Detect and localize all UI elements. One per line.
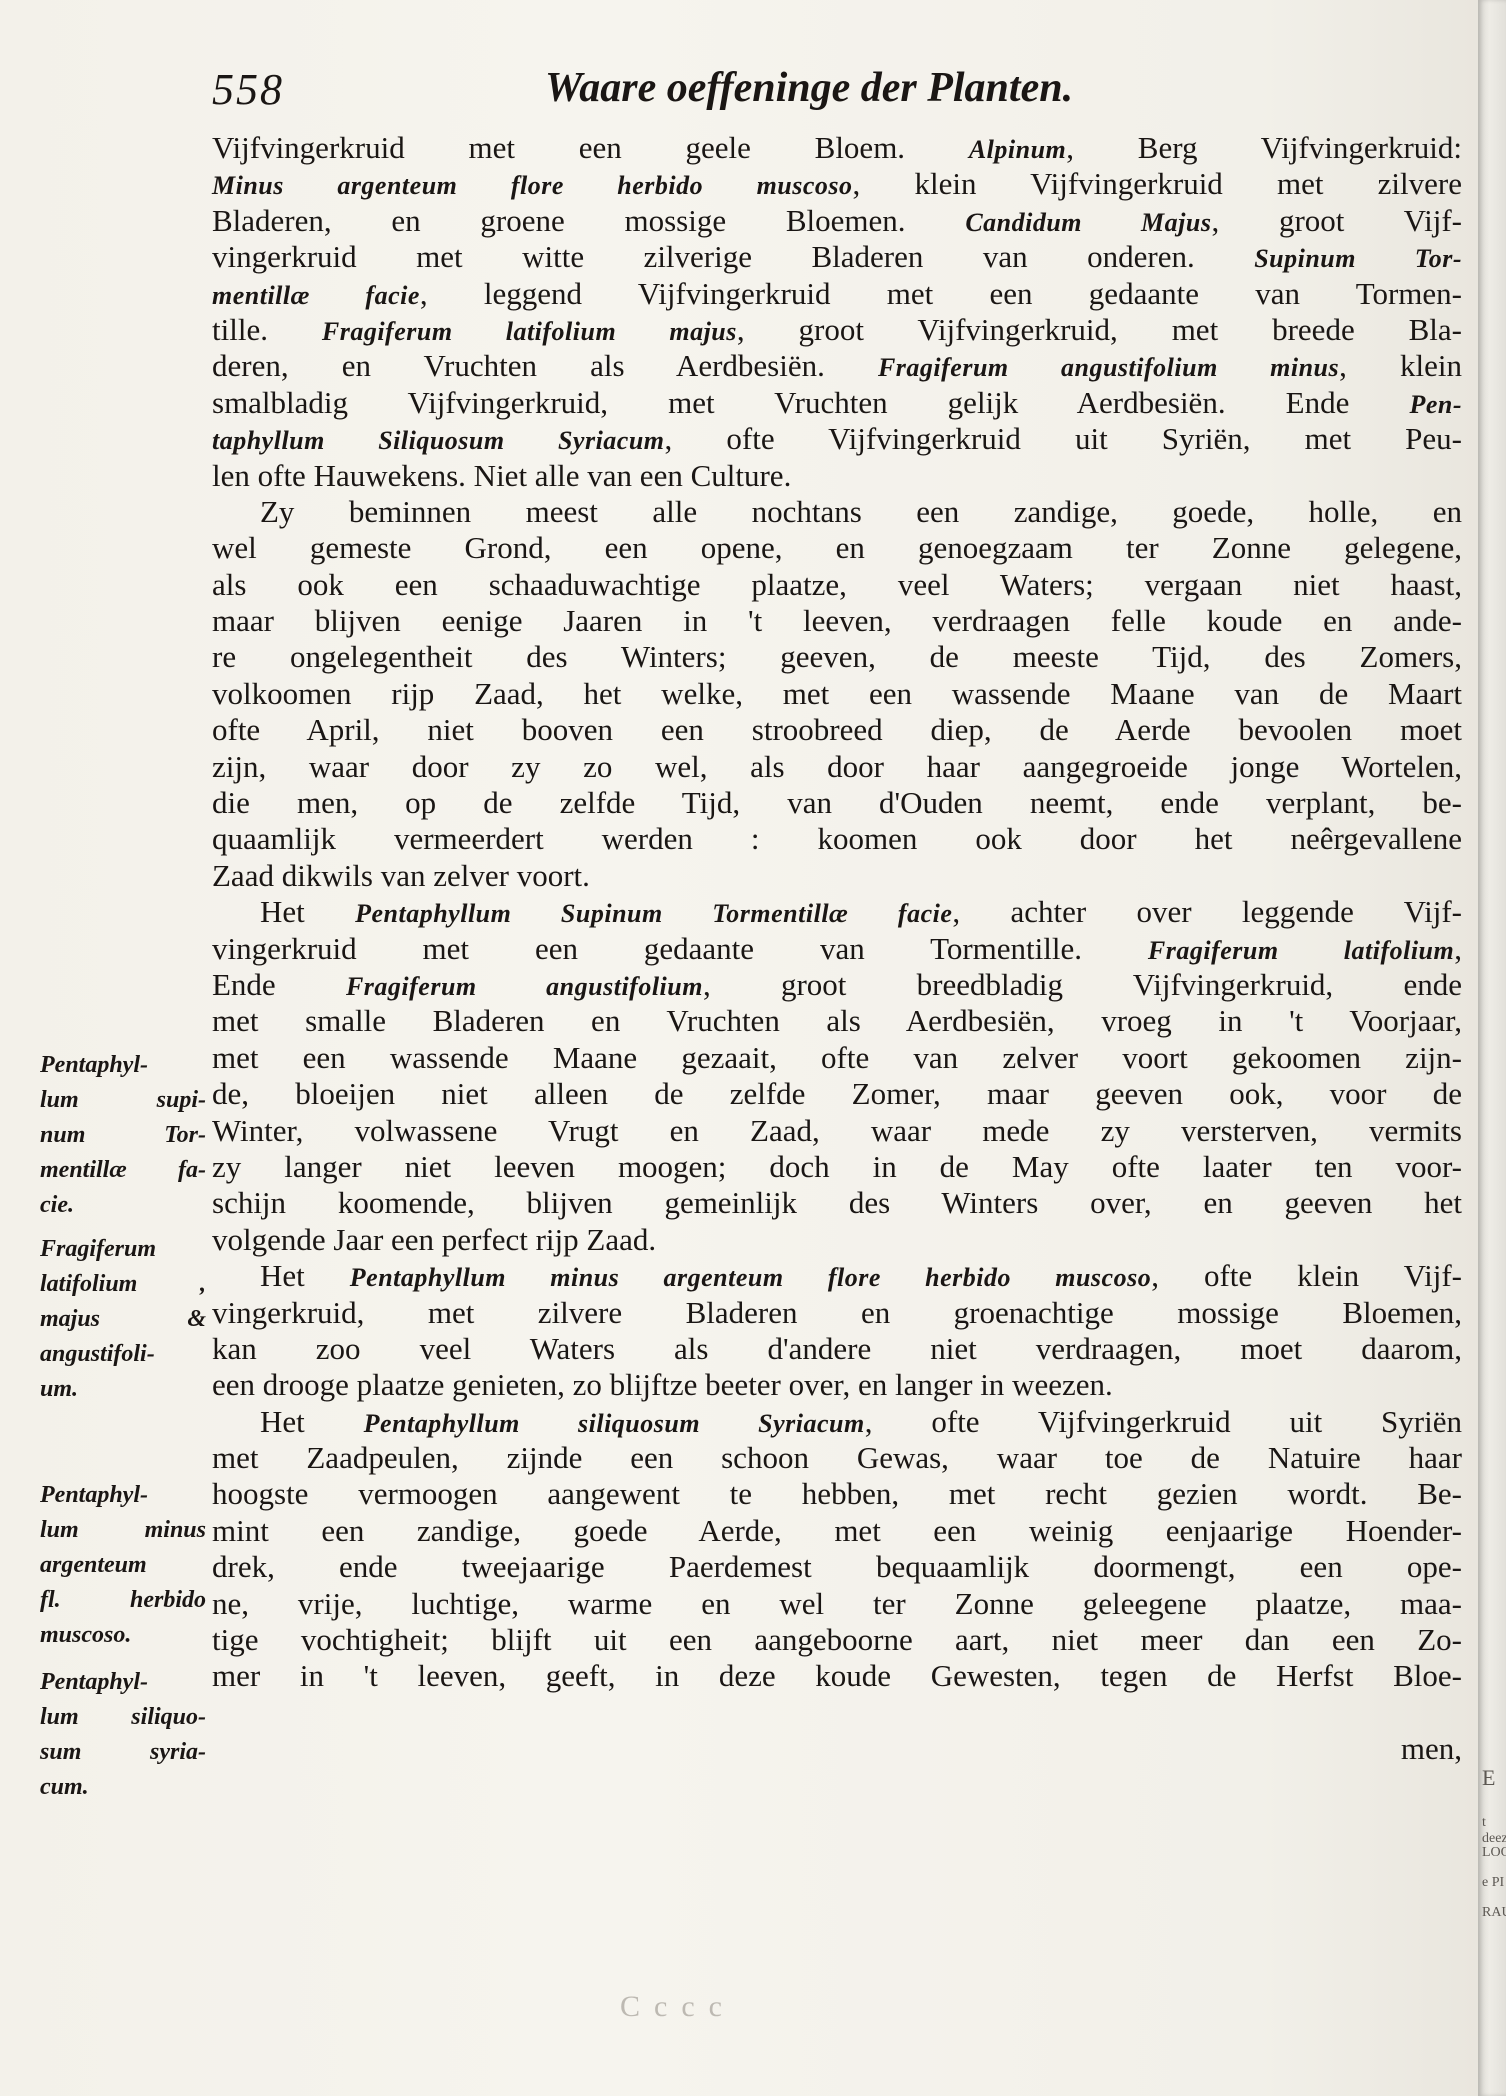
margin-note-line: angustifoli- xyxy=(40,1337,206,1372)
text-run: Het xyxy=(260,894,355,929)
text-line: Winter, volwassene Vrugt en Zaad, waar m… xyxy=(212,1113,1462,1149)
margin-note-line: lum minus xyxy=(40,1513,206,1548)
latin-plant-name: mentillæ facie xyxy=(212,281,420,310)
text-run: Vijfvingerkruid met een geele Bloem. xyxy=(212,130,969,165)
margin-note-line: muscoso. xyxy=(40,1618,206,1653)
latin-plant-name: Pentaphyllum Supinum Tormentillæ facie xyxy=(355,899,952,928)
bleed-through-signature: Cccc xyxy=(620,1990,736,2024)
text-run: Het xyxy=(260,1258,350,1293)
text-run: maar blijven eenige Jaaren in 't leeven,… xyxy=(212,603,1462,638)
text-line: Het Pentaphyllum Supinum Tormentillæ fac… xyxy=(212,894,1462,930)
catchword: men, xyxy=(212,1731,1462,1767)
text-line: die men, op de zelfde Tijd, van d'Ouden … xyxy=(212,785,1462,821)
text-line: met een wassende Maane gezaait, ofte van… xyxy=(212,1040,1462,1076)
page-number: 558 xyxy=(212,64,284,115)
text-run: tige vochtigheit; blijft uit een aangebo… xyxy=(212,1622,1462,1657)
text-run: kan zoo veel Waters als d'andere niet ve… xyxy=(212,1331,1462,1366)
margin-note-line: lum supi- xyxy=(40,1083,206,1118)
adjacent-page-fragment: LOOK xyxy=(1482,1845,1506,1861)
adjacent-page-fragment: E xyxy=(1482,1765,1495,1791)
text-run: deren, en Vruchten als Aerdbesiën. xyxy=(212,348,878,383)
text-run: smalbladig Vijfvingerkruid, met Vruchten… xyxy=(212,385,1409,420)
text-run: volgende Jaar een perfect rijp Zaad. xyxy=(212,1222,656,1257)
text-line: wel gemeste Grond, een opene, en genoegz… xyxy=(212,530,1462,566)
text-line: drek, ende tweejaarige Paerdemest bequaa… xyxy=(212,1549,1462,1585)
text-line: zy langer niet leeven moogen; doch in de… xyxy=(212,1149,1462,1185)
text-run: Winter, volwassene Vrugt en Zaad, waar m… xyxy=(212,1113,1462,1148)
latin-plant-name: Fragiferum angustifolium minus xyxy=(878,353,1339,382)
latin-plant-name: Fragiferum latifolium majus xyxy=(322,317,737,346)
margin-note-line: num Tor- xyxy=(40,1118,206,1153)
latin-plant-name: Supinum Tor- xyxy=(1254,244,1462,273)
text-run: mer in 't leeven, geeft, in deze koude G… xyxy=(212,1658,1462,1693)
text-run: Zy beminnen meest alle nochtans een zand… xyxy=(260,494,1462,529)
margin-note-line: Pentaphyl- xyxy=(40,1048,206,1083)
text-line: hoogste vermoogen aangewent te hebben, m… xyxy=(212,1476,1462,1512)
adjacent-page-fragment: t deez xyxy=(1482,1815,1506,1847)
text-run: , ofte Vijfvingerkruid uit Syriën xyxy=(865,1404,1462,1439)
text-run: schijn koomende, blijven gemeinlijk des … xyxy=(212,1185,1462,1220)
text-line: de, bloeijen niet alleen de zelfde Zomer… xyxy=(212,1076,1462,1112)
margin-note: Pentaphyl-lum siliquo-sum syria-cum. xyxy=(40,1665,206,1805)
text-run: met smalle Bladeren en Vruchten als Aerd… xyxy=(212,1003,1462,1038)
text-run: , Berg Vijfvingerkruid: xyxy=(1066,130,1462,165)
text-run: zy langer niet leeven moogen; doch in de… xyxy=(212,1149,1462,1184)
text-run: , klein Vijfvingerkruid met zilvere xyxy=(853,166,1462,201)
text-run: , groot breedbladig Vijfvingerkruid, end… xyxy=(703,967,1462,1002)
margin-note: Fragiferumlatifolium ,majus &angustifoli… xyxy=(40,1232,206,1407)
text-run: tille. xyxy=(212,312,322,347)
text-run: , leggend Vijfvingerkruid met een gedaan… xyxy=(420,276,1462,311)
text-line: mint een zandige, goede Aerde, met een w… xyxy=(212,1513,1462,1549)
text-run: Ende xyxy=(212,967,346,1002)
text-run: een drooge plaatze genieten, zo blijftze… xyxy=(212,1367,1113,1402)
margin-note-line: majus & xyxy=(40,1302,206,1337)
text-run: re ongelegentheit des Winters; geeven, d… xyxy=(212,639,1462,674)
text-line: ofte April, niet booven een stroobreed d… xyxy=(212,712,1462,748)
text-run: de, bloeijen niet alleen de zelfde Zomer… xyxy=(212,1076,1462,1111)
text-run: hoogste vermoogen aangewent te hebben, m… xyxy=(212,1476,1462,1511)
text-run: met Zaadpeulen, zijnde een schoon Gewas,… xyxy=(212,1440,1462,1475)
main-text-block: Vijfvingerkruid met een geele Bloem. Alp… xyxy=(212,130,1462,1767)
text-run: len ofte Hauwekens. Niet alle van een Cu… xyxy=(212,458,791,493)
latin-plant-name: Pentaphyllum minus argenteum flore herbi… xyxy=(350,1263,1151,1292)
latin-plant-name: Candidum Majus xyxy=(965,208,1211,237)
text-run: Zaad dikwils van zelver voort. xyxy=(212,858,590,893)
text-run: , ofte Vijfvingerkruid uit Syriën, met P… xyxy=(665,421,1462,456)
latin-plant-name: Minus argenteum flore herbido muscoso xyxy=(212,171,853,200)
text-line: len ofte Hauwekens. Niet alle van een Cu… xyxy=(212,458,1462,494)
text-run: volkoomen rijp Zaad, het welke, met een … xyxy=(212,676,1462,711)
text-run: die men, op de zelfde Tijd, van d'Ouden … xyxy=(212,785,1462,820)
page-header: 558 Waare oeffeninge der Planten. xyxy=(212,64,1472,124)
text-run: quaamlijk vermeerdert werden : koomen oo… xyxy=(212,821,1462,856)
text-run: mint een zandige, goede Aerde, met een w… xyxy=(212,1513,1462,1548)
text-run: , groot Vijf- xyxy=(1211,203,1462,238)
text-line: ne, vrije, luchtige, warme en wel ter Zo… xyxy=(212,1586,1462,1622)
text-run: ofte April, niet booven een stroobreed d… xyxy=(212,712,1462,747)
text-run: als ook een schaaduwachtige plaatze, vee… xyxy=(212,567,1462,602)
text-run: , ofte klein Vijf- xyxy=(1151,1258,1462,1293)
latin-plant-name: Alpinum xyxy=(969,135,1066,164)
text-run: , klein xyxy=(1339,348,1462,383)
text-line: vingerkruid met witte zilverige Bladeren… xyxy=(212,239,1462,275)
text-line: volkoomen rijp Zaad, het welke, met een … xyxy=(212,676,1462,712)
text-line: maar blijven eenige Jaaren in 't leeven,… xyxy=(212,603,1462,639)
text-line: met smalle Bladeren en Vruchten als Aerd… xyxy=(212,1003,1462,1039)
text-run: vingerkruid met een gedaante van Torment… xyxy=(212,931,1148,966)
latin-plant-name: taphyllum Siliquosum Syriacum xyxy=(212,426,665,455)
text-run: , groot Vijfvingerkruid, met breede Bla- xyxy=(737,312,1462,347)
text-line: re ongelegentheit des Winters; geeven, d… xyxy=(212,639,1462,675)
adjacent-page-fragment: RAUT xyxy=(1482,1905,1506,1921)
text-run: met een wassende Maane gezaait, ofte van… xyxy=(212,1040,1462,1075)
margin-note: Pentaphyl-lum supi-num Tor-mentillæ fa-c… xyxy=(40,1048,206,1223)
text-line: Vijfvingerkruid met een geele Bloem. Alp… xyxy=(212,130,1462,166)
text-line: Zy beminnen meest alle nochtans een zand… xyxy=(212,494,1462,530)
margin-note-line: lum siliquo- xyxy=(40,1700,206,1735)
text-run: ne, vrije, luchtige, warme en wel ter Zo… xyxy=(212,1586,1462,1621)
margin-note-line: cie. xyxy=(40,1188,206,1223)
text-line: mentillæ facie, leggend Vijfvingerkruid … xyxy=(212,276,1462,312)
latin-plant-name: Fragiferum latifolium xyxy=(1148,936,1454,965)
text-line: Het Pentaphyllum siliquosum Syriacum, of… xyxy=(212,1404,1462,1440)
text-line: vingerkruid, met zilvere Bladeren en gro… xyxy=(212,1295,1462,1331)
text-line: schijn koomende, blijven gemeinlijk des … xyxy=(212,1185,1462,1221)
latin-plant-name: Pen- xyxy=(1409,390,1462,419)
text-line: mer in 't leeven, geeft, in deze koude G… xyxy=(212,1658,1462,1694)
margin-note-line: argenteum xyxy=(40,1548,206,1583)
text-run: Het xyxy=(260,1404,364,1439)
running-title: Waare oeffeninge der Planten. xyxy=(545,64,1073,112)
text-line: met Zaadpeulen, zijnde een schoon Gewas,… xyxy=(212,1440,1462,1476)
text-run: wel gemeste Grond, een opene, en genoegz… xyxy=(212,530,1462,565)
text-run: vingerkruid, met zilvere Bladeren en gro… xyxy=(212,1295,1462,1330)
margin-note-line: mentillæ fa- xyxy=(40,1153,206,1188)
latin-plant-name: Fragiferum angustifolium xyxy=(346,972,703,1001)
text-line: een drooge plaatze genieten, zo blijftze… xyxy=(212,1367,1462,1403)
text-line: Het Pentaphyllum minus argenteum flore h… xyxy=(212,1258,1462,1294)
text-line: kan zoo veel Waters als d'andere niet ve… xyxy=(212,1331,1462,1367)
margin-note-line: latifolium , xyxy=(40,1267,206,1302)
text-line: Zaad dikwils van zelver voort. xyxy=(212,858,1462,894)
text-line: zijn, waar door zy zo wel, als door haar… xyxy=(212,749,1462,785)
text-line: Minus argenteum flore herbido muscoso, k… xyxy=(212,166,1462,202)
text-line: taphyllum Siliquosum Syriacum, ofte Vijf… xyxy=(212,421,1462,457)
text-line: quaamlijk vermeerdert werden : koomen oo… xyxy=(212,821,1462,857)
text-line: vingerkruid met een gedaante van Torment… xyxy=(212,931,1462,967)
text-run: zijn, waar door zy zo wel, als door haar… xyxy=(212,749,1462,784)
margin-note-line: Fragiferum xyxy=(40,1232,206,1267)
margin-note-line: Pentaphyl- xyxy=(40,1665,206,1700)
text-line: als ook een schaaduwachtige plaatze, vee… xyxy=(212,567,1462,603)
latin-plant-name: Pentaphyllum siliquosum Syriacum xyxy=(364,1409,865,1438)
text-run: Bladeren, en groene mossige Bloemen. xyxy=(212,203,965,238)
text-line: Ende Fragiferum angustifolium, groot bre… xyxy=(212,967,1462,1003)
text-line: deren, en Vruchten als Aerdbesiën. Fragi… xyxy=(212,348,1462,384)
margin-note-line: sum syria- xyxy=(40,1735,206,1770)
margin-note-line: Pentaphyl- xyxy=(40,1478,206,1513)
margin-note-line: cum. xyxy=(40,1770,206,1805)
margin-note: Pentaphyl-lum minusargenteumfl. herbidom… xyxy=(40,1478,206,1653)
text-line: Bladeren, en groene mossige Bloemen. Can… xyxy=(212,203,1462,239)
text-run: , xyxy=(1454,931,1462,966)
text-run: drek, ende tweejaarige Paerdemest bequaa… xyxy=(212,1549,1462,1584)
book-page: 558 Waare oeffeninge der Planten. Vijfvi… xyxy=(0,0,1480,2096)
adjacent-page-edge: E t deez LOOK e PI RAUT xyxy=(1478,0,1506,2096)
text-line: smalbladig Vijfvingerkruid, met Vruchten… xyxy=(212,385,1462,421)
text-line: volgende Jaar een perfect rijp Zaad. xyxy=(212,1222,1462,1258)
margin-note-line: fl. herbido xyxy=(40,1583,206,1618)
margin-note-line: um. xyxy=(40,1372,206,1407)
adjacent-page-fragment: e PI xyxy=(1482,1875,1504,1891)
text-line: tige vochtigheit; blijft uit een aangebo… xyxy=(212,1622,1462,1658)
text-line: tille. Fragiferum latifolium majus, groo… xyxy=(212,312,1462,348)
text-run: vingerkruid met witte zilverige Bladeren… xyxy=(212,239,1254,274)
text-run: , achter over leggende Vijf- xyxy=(952,894,1462,929)
